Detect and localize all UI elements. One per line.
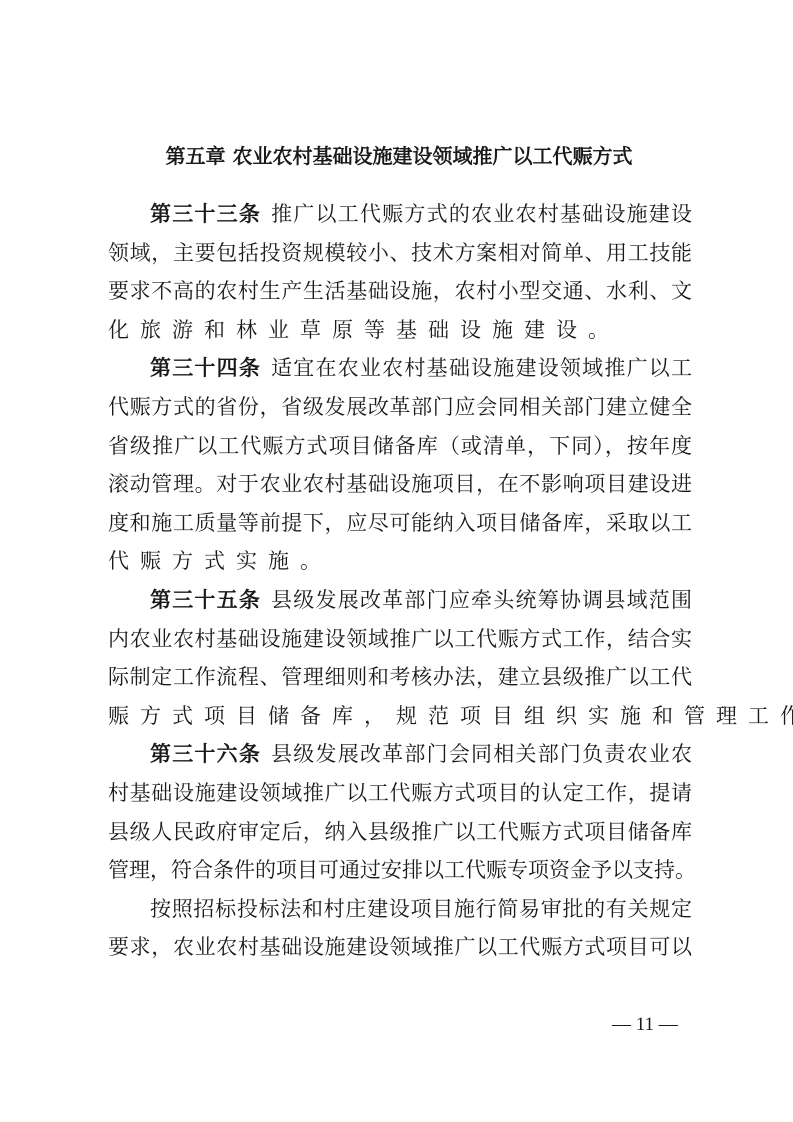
text-line: 内农业农村基础设施建设领域推广以工代赈方式工作，结合实 — [108, 620, 692, 659]
text-line: 省级推广以工代赈方式项目储备库（或清单，下同），按年度 — [108, 427, 692, 466]
text-line: 村基础设施建设领域推广以工代赈方式项目的认定工作，提请 — [108, 774, 692, 813]
document-page: 第五章 农业农村基础设施建设领域推广以工代赈方式 第三十三条推广以工代赈方式的农… — [0, 0, 793, 1122]
text-line: 滚动管理。对于农业农村基础设施项目，在不影响项目建设进 — [108, 465, 692, 504]
article-first-line: 第三十三条推广以工代赈方式的农业农村基础设施建设 — [108, 195, 692, 234]
article-label: 第三十三条 — [150, 202, 261, 226]
article-first-line: 第三十四条适宜在农业农村基础设施建设领域推广以工 — [108, 349, 692, 388]
text-line: 要求不高的农村生产生活基础设施，农村小型交通、水利、文 — [108, 272, 692, 311]
text-line: 适宜在农业农村基础设施建设领域推广以工 — [271, 356, 692, 380]
text-line: 推广以工代赈方式的农业农村基础设施建设 — [271, 202, 692, 226]
text-line: 县级发展改革部门会同相关部门负责农业农 — [271, 742, 692, 766]
article-label: 第三十四条 — [150, 356, 261, 380]
text-line: 要求，农业农村基础设施建设领域推广以工代赈方式项目可以 — [108, 928, 692, 967]
article-first-line: 第三十六条县级发展改革部门会同相关部门负责农业农 — [108, 735, 692, 774]
text-line: 县级人民政府审定后，纳入县级推广以工代赈方式项目储备库 — [108, 813, 692, 852]
text-line: 代赈方式的省份，省级发展改革部门应会同相关部门建立健全 — [108, 388, 692, 427]
article-33: 第三十三条推广以工代赈方式的农业农村基础设施建设 领域，主要包括投资规模较小、技… — [108, 195, 692, 349]
text-line: 领域，主要包括投资规模较小、技术方案相对简单、用工技能 — [108, 234, 692, 273]
text-line: 代赈方式实施。 — [108, 542, 692, 581]
article-35: 第三十五条县级发展改革部门应牵头统筹协调县域范围 内农业农村基础设施建设领域推广… — [108, 581, 692, 735]
article-label: 第三十五条 — [150, 588, 261, 612]
body-text: 第三十三条推广以工代赈方式的农业农村基础设施建设 领域，主要包括投资规模较小、技… — [108, 195, 692, 967]
page-number: — 11 — — [612, 1013, 678, 1037]
text-line: 化旅游和林业草原等基础设施建设。 — [108, 311, 692, 350]
article-36: 第三十六条县级发展改革部门会同相关部门负责农业农 村基础设施建设领域推广以工代赈… — [108, 735, 692, 889]
continuation-paragraph: 按照招标投标法和村庄建设项目施行简易审批的有关规定 要求，农业农村基础设施建设领… — [108, 890, 692, 967]
article-34: 第三十四条适宜在农业农村基础设施建设领域推广以工 代赈方式的省份，省级发展改革部… — [108, 349, 692, 581]
text-line: 度和施工质量等前提下，应尽可能纳入项目储备库，采取以工 — [108, 504, 692, 543]
text-line: 际制定工作流程、管理细则和考核办法，建立县级推广以工代 — [108, 658, 692, 697]
chapter-title: 第五章 农业农村基础设施建设领域推广以工代赈方式 — [108, 141, 690, 171]
text-line: 赈方式项目储备库，规范项目组织实施和管理工作。 — [108, 697, 692, 736]
article-label: 第三十六条 — [150, 742, 261, 766]
text-line: 管理，符合条件的项目可通过安排以工代赈专项资金予以支持。 — [108, 851, 692, 890]
article-first-line: 第三十五条县级发展改革部门应牵头统筹协调县域范围 — [108, 581, 692, 620]
text-line: 县级发展改革部门应牵头统筹协调县域范围 — [271, 588, 692, 612]
text-line: 按照招标投标法和村庄建设项目施行简易审批的有关规定 — [108, 890, 692, 929]
